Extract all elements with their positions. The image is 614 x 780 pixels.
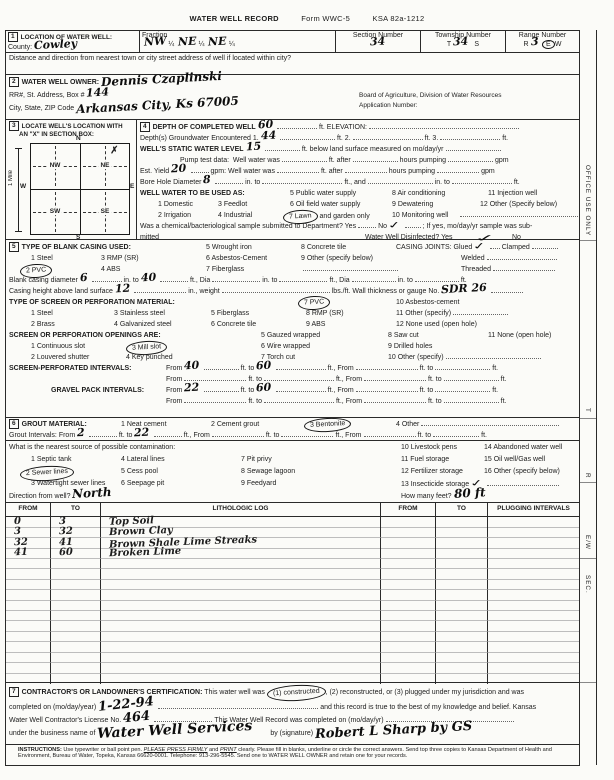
cert-text-1: This water well was (204, 689, 265, 696)
office-tick (580, 482, 596, 483)
plugging-cell (436, 538, 488, 549)
lith-cell-desc (101, 590, 381, 600)
quadrant-se-label: SE (99, 208, 112, 215)
contam-opt-9: 9 Feedyard (241, 478, 276, 490)
fraction-q1: NW (144, 37, 167, 46)
screen-opt-5: 5 Fiberglass (211, 308, 249, 319)
gw2-label: ft. 2. (337, 135, 351, 142)
plugging-cell (488, 632, 579, 642)
yield-label: Est. Yield (140, 168, 169, 175)
form-number: Form WWC-5 (301, 14, 350, 23)
si1-ftto2: ft. to (420, 365, 434, 372)
section-number-cell: Section Number 34 (335, 31, 420, 52)
casing-into-3: in. to (398, 277, 413, 284)
distance-label: Distance and direction from nearest town… (9, 55, 291, 62)
gi1-to-value: 60 (256, 384, 272, 393)
yield-gpm: gpm: (211, 168, 227, 175)
openings-opt-8: 8 Saw cut (388, 330, 419, 341)
cert-title: CONTRACTOR'S OR LANDOWNER'S CERTIFICATIO… (22, 689, 203, 696)
gi2-from: From (166, 398, 182, 405)
use-opt-5: 5 Public water supply (290, 188, 356, 199)
si2-ft: ft. (501, 376, 507, 383)
gi1-from-value: 22 (184, 384, 200, 393)
casing-opt-8: 8 Concrete tile (301, 242, 346, 253)
compass-west: W (20, 183, 26, 190)
screen-opt-8: 8 RMP (SR) (306, 308, 344, 319)
screen-intervals-label: SCREEN-PERFORATED INTERVALS: (9, 365, 132, 372)
screen-opt-4: 4 Galvanized steel (114, 319, 172, 330)
casing-opt-3: 3 RMP (SR) (101, 253, 139, 264)
lith-cell-desc (101, 611, 381, 621)
plug-header-to: TO (436, 503, 488, 516)
contamination-question: What is the nearest source of possible c… (9, 442, 175, 454)
agency-name: Board of Agriculture, Division of Water … (359, 91, 579, 101)
si1-from: From (166, 365, 182, 372)
cert-signature-value: Robert L Sharp by GS (315, 723, 472, 739)
office-use-strip: OFFICE USE ONLY T R E/W SEC. (580, 30, 597, 765)
plugging-cell (488, 611, 579, 621)
lithologic-rows: 03Top Soil332Brown Clay3241Brown Shale L… (6, 517, 579, 684)
casing-lbs-label: lbs./ft. Wall thickness or gauge No. (332, 288, 440, 295)
lith-cell-from (6, 580, 51, 590)
township-cell: Township Number T34 S (420, 31, 505, 52)
contam-opt-1: 1 Septic tank (31, 454, 71, 466)
section7-numbox: 7 (9, 687, 19, 697)
casing-diam-to: 40 (141, 274, 157, 283)
plugging-cell (381, 632, 436, 642)
lith-row: 332Brown Clay (6, 527, 579, 537)
section1-numbox: 1 (8, 32, 18, 42)
lith-cell-from (6, 611, 51, 621)
plug-header-from: FROM (381, 503, 436, 516)
lith-cell-from: 32 (6, 538, 51, 549)
plugging-cell (436, 517, 488, 528)
openings-opt-10: 10 Other (specify) (388, 354, 444, 361)
gw1-value: 44 (261, 132, 277, 141)
sample-no-check: ✓ (386, 220, 403, 232)
plugging-cell (381, 653, 436, 663)
joints-glued-label: CASING JOINTS: Glued (396, 244, 472, 251)
screen-opt-1: 1 Steel (31, 308, 53, 319)
form-title: WATER WELL RECORD (190, 14, 279, 23)
pump-wellwater-label: Well water was (233, 157, 280, 164)
lith-cell-to (51, 611, 101, 621)
lith-cell-from (6, 601, 51, 611)
grout-ftto: ft. to (119, 432, 133, 439)
casing-opt-4: 4 ABS (101, 264, 120, 275)
gi1-from: From (166, 387, 182, 394)
plugging-cell (488, 642, 579, 652)
owner-block: 2WATER WELL OWNER:Dennis Czaplinski RR#,… (6, 75, 359, 119)
screen-opt-9: 9 ABS (306, 319, 325, 330)
section3-title-2: AN "X" IN SECTION BOX: (19, 131, 94, 138)
office-tick (580, 240, 596, 241)
lith-cell-desc (101, 601, 381, 611)
plugging-cell (436, 559, 488, 569)
section1-location: 1LOCATION OF WATER WELL: County:Cowley F… (6, 31, 579, 53)
lith-cell-from: 41 (6, 548, 51, 559)
contam-opt-5: 5 Cess pool (121, 466, 158, 478)
use-opt-12: 12 Other (Specify below) (480, 199, 557, 210)
contam-opt-16: 16 Other (specify below) (484, 466, 560, 478)
instructions-label: INSTRUCTIONS: (18, 747, 62, 753)
bore-into2: in. to (435, 179, 450, 186)
office-r-label: R (584, 473, 591, 479)
lith-cell-from: 3 (6, 527, 51, 538)
range-value: 3 (530, 38, 538, 46)
lith-cell-desc (101, 653, 381, 663)
office-tick (580, 682, 596, 683)
plugging-cell (381, 663, 436, 673)
bore-ft: ft. (514, 179, 520, 186)
plugging-cell (488, 663, 579, 673)
water-well-record-scan: WATER WELL RECORD Form WWC-5 KSA 82a-121… (0, 0, 614, 780)
plugging-cell (381, 527, 436, 538)
office-use-only-label: OFFICE USE ONLY (584, 165, 591, 236)
casing-diam-label: Blank casing diameter (9, 277, 78, 284)
use-opt-10: 10 Monitoring well (392, 210, 448, 221)
township-s: S (474, 41, 479, 48)
grout-from-value: 2 (77, 429, 85, 437)
screen-opt-3: 3 Stainless steel (114, 308, 165, 319)
sample-question: Was a chemical/bacteriological sample su… (140, 223, 356, 230)
plugging-cell (381, 611, 436, 621)
openings-opt-1: 1 Continuous slot (31, 341, 85, 352)
casing-ftdia-1: ft., Dia (190, 277, 210, 284)
gi1-ftfrom: ft., From (328, 387, 354, 394)
owner-title: WATER WELL OWNER: (22, 79, 100, 86)
grout-ftfrom2: ft., From (335, 432, 361, 439)
section2-numbox: 2 (9, 77, 19, 87)
lith-row (6, 632, 579, 642)
lith-value-from: 41 (14, 548, 28, 558)
gi1-ft: ft. (492, 387, 498, 394)
office-tick (580, 418, 596, 419)
lith-cell-to (51, 569, 101, 579)
yield-wellwater-label: Well water was (228, 168, 275, 175)
lith-row: 3241Brown Shale Lime Streaks (6, 538, 579, 548)
plugging-cell (381, 642, 436, 652)
lith-cell-desc (101, 559, 381, 569)
plugging-cell (436, 653, 488, 663)
lith-cell-from (6, 559, 51, 569)
contam-opt-8: 8 Sewage lagoon (241, 466, 295, 478)
plugging-cell (436, 621, 488, 631)
contam-opt-14: 14 Abandoned water well (484, 442, 562, 454)
owner-address-value: 144 (86, 88, 109, 97)
openings-opt-4: 4 Key punched (126, 352, 173, 363)
county-cell: 1LOCATION OF WATER WELL: County:Cowley (6, 31, 139, 52)
section7-certification: 7CONTRACTOR'S OR LANDOWNER'S CERTIFICATI… (6, 683, 579, 745)
quadrant-sw: SW (31, 190, 79, 234)
gi2-ftfrom: ft., From (336, 398, 362, 405)
groundwater-label: Depth(s) Groundwater Encountered (140, 135, 251, 142)
openings-opt-2: 2 Louvered shutter (31, 352, 89, 363)
grout-ftto3: ft. to (418, 432, 432, 439)
owner-name: Dennis Czaplinski (101, 72, 222, 86)
yield-ftafter: ft. after (321, 168, 343, 175)
casing-opt-7: 7 Fiberglass (206, 264, 244, 275)
bore-ftand: ft., and (344, 179, 365, 186)
contamination-block: What is the nearest source of possible c… (6, 441, 579, 503)
lith-cell-desc (101, 663, 381, 673)
plugging-cell (381, 559, 436, 569)
plugging-cell (381, 569, 436, 579)
joints-glued-check: ✓ (472, 241, 489, 253)
owner-address-label: RR#, St. Address, Box # (9, 92, 84, 99)
plugging-cell (381, 601, 436, 611)
compass-north: N (76, 135, 81, 142)
contam-opt-15: 15 Oil well/Gas well (484, 454, 545, 466)
casing-opt-1: 1 Steel (31, 253, 53, 264)
cert-constructed-circled: (1) constructed (267, 683, 326, 702)
contam-opt-6: 6 Seepage pit (121, 478, 164, 490)
gi1-ftto: ft. to (241, 387, 255, 394)
grout-ft: ft. (481, 432, 487, 439)
lith-cell-from (6, 642, 51, 652)
gi2-ft: ft. (501, 398, 507, 405)
section2-owner: 2WATER WELL OWNER:Dennis Czaplinski RR#,… (6, 75, 579, 120)
quadrant-nw: NW (31, 144, 79, 188)
feet-value: 80 ft (453, 488, 485, 498)
distance-row: Distance and direction from nearest town… (6, 53, 579, 75)
office-ew-label: E/W (584, 535, 591, 550)
grout-ftto2: ft. to (266, 432, 280, 439)
plugging-cell (488, 548, 579, 559)
owner-city-label: City, State, ZIP Code (9, 105, 74, 112)
section3-location-box: 3LOCATE WELL'S LOCATION WITHAN "X" IN SE… (6, 120, 136, 239)
cert-signature-label: by (signature) (270, 730, 313, 737)
depth-label: DEPTH OF COMPLETED WELL (153, 124, 256, 131)
use-opt-2: 2 Irrigation (158, 210, 191, 221)
lith-header-from: FROM (6, 503, 51, 516)
fraction-q2: NE (178, 38, 197, 47)
openings-opt-11: 11 None (open hole) (488, 330, 551, 341)
lith-cell-to (51, 580, 101, 590)
static-level-label: WELL'S STATIC WATER LEVEL (140, 146, 244, 153)
plugging-cell (436, 611, 488, 621)
lith-cell-from (6, 663, 51, 673)
plugging-cell (381, 590, 436, 600)
use-opt-1: 1 Domestic (158, 199, 193, 210)
lith-value-to: 60 (59, 548, 73, 558)
cert-business-value: Water Well Services (97, 722, 253, 738)
gw3-label: ft. 3. (425, 135, 439, 142)
pump-gpm: gpm (495, 157, 509, 164)
si2-ftto2: ft. to (428, 376, 442, 383)
instructions-print: PRINT (220, 747, 237, 753)
si1-to-value: 60 (256, 362, 272, 371)
contam-opt-7: 7 Pit privy (241, 454, 272, 466)
plugging-cell (488, 538, 579, 549)
instructions-block: INSTRUCTIONS: Use typewriter or ball poi… (6, 745, 579, 765)
office-sec-label: SEC. (584, 575, 591, 594)
si1-ft: ft. (492, 365, 498, 372)
plugging-cell (488, 580, 579, 590)
casing-inweight: in., weight (188, 288, 220, 295)
range-r: R (524, 41, 529, 48)
screen-opt-10: 10 Asbestos-cement (396, 297, 459, 308)
lith-cell-desc (101, 569, 381, 579)
use-opt-8: 8 Air conditioning (392, 188, 445, 199)
grout-intervals-label: Grout Intervals: (9, 432, 57, 439)
gi1-ftto2: ft. to (420, 387, 434, 394)
lith-cell-from (6, 653, 51, 663)
section4-numbox: 4 (140, 122, 150, 132)
sample-question-2: ; If yes, mo/day/yr sample was sub- (423, 223, 533, 230)
plugging-cell (436, 663, 488, 673)
screen-title: TYPE OF SCREEN OR PERFORATION MATERIAL: (9, 299, 175, 306)
cert-text-3: and this record is true to the best of m… (320, 704, 536, 711)
quadrant-sw-label: SW (48, 208, 62, 215)
lith-row (6, 663, 579, 673)
lith-cell-to (51, 632, 101, 642)
township-value: 34 (453, 38, 469, 47)
plugging-cell (436, 632, 488, 642)
lith-row (6, 601, 579, 611)
casing-height-label: Casing height above land surface (9, 288, 113, 295)
lith-cell-from (6, 632, 51, 642)
plugging-cell (488, 569, 579, 579)
county-label: County: (8, 44, 32, 51)
casing-opt-6: 6 Asbestos-Cement (206, 253, 267, 264)
contam-opt-11: 11 Fuel storage (401, 454, 449, 466)
use-opt-6: 6 Oil field water supply (290, 199, 360, 210)
grout-ftfrom: ft., From (184, 432, 210, 439)
plugging-cell (488, 653, 579, 663)
openings-title: SCREEN OR PERFORATION OPENINGS ARE: (9, 332, 161, 339)
lith-row (6, 621, 579, 631)
use-opt-11: 11 Injection well (488, 188, 537, 199)
agency-block: Board of Agriculture, Division of Water … (359, 75, 579, 119)
form-header: WATER WELL RECORD Form WWC-5 KSA 82a-121… (0, 14, 614, 23)
contam-opt-10: 10 Livestock pens (401, 442, 457, 454)
joints-clamped-label: Clamped (502, 244, 530, 251)
lith-row: 4160Broken Lime (6, 548, 579, 558)
office-tick (580, 558, 596, 559)
lith-row (6, 590, 579, 600)
use-opt-4: 4 Industrial (218, 210, 252, 221)
feet-label: How many feet? (401, 493, 452, 500)
section3-title-1: LOCATE WELL'S LOCATION WITH (22, 123, 123, 130)
plug-header-title: PLUGGING INTERVALS (488, 503, 579, 516)
cert-business-label: under the business name of (9, 730, 95, 737)
lith-cell-to (51, 590, 101, 600)
plugging-cell (488, 559, 579, 569)
screen-opt-2: 2 Brass (31, 319, 55, 330)
lith-cell-desc (101, 632, 381, 642)
section5-casing: 5TYPE OF BLANK CASING USED:5 Wrought iro… (6, 240, 579, 418)
section3-4-row: 3LOCATE WELL'S LOCATION WITHAN "X" IN SE… (6, 120, 579, 240)
plugging-cell (436, 569, 488, 579)
si1-ftto: ft. to (241, 365, 255, 372)
lith-cell-to (51, 559, 101, 569)
lith-cell-desc: Broken Lime (101, 548, 381, 559)
section-number-value: 34 (370, 38, 386, 47)
office-t-label: T (584, 408, 591, 413)
plugging-cell (488, 527, 579, 538)
pump-ftafter: ft. after (329, 157, 351, 164)
section5-numbox: 5 (9, 242, 19, 252)
lith-cell-desc (101, 642, 381, 652)
compass-east: E (130, 183, 134, 190)
casing-into-2: in. to (262, 277, 277, 284)
use-opt-9: 9 Dewatering (392, 199, 433, 210)
openings-opt-6: 6 Wire wrapped (261, 341, 310, 352)
lith-cell-to (51, 621, 101, 631)
casing-diam-value: 6 (80, 274, 88, 282)
plugging-cell (488, 517, 579, 528)
grout-to-value: 22 (134, 429, 150, 438)
quarter-1: ¼ (168, 41, 174, 48)
lith-cell-desc (101, 580, 381, 590)
mile-scale-line (18, 148, 19, 232)
section6-numbox: 6 (9, 419, 19, 429)
fraction-q3: NE (208, 38, 227, 47)
si1-ftfrom: ft., From (328, 365, 354, 372)
mile-scale-label: 1 Mile (8, 168, 14, 188)
bore-label: Bore Hole Diameter (140, 179, 201, 186)
gw-ft: ft. (502, 135, 508, 142)
pump-hours: hours pumping (400, 157, 446, 164)
application-number-label: Application Number: (359, 101, 579, 111)
plugging-cell (488, 621, 579, 631)
lith-cell-to (51, 653, 101, 663)
quarter-3: ¼ (229, 41, 235, 48)
fraction-label: Fraction (142, 32, 333, 39)
instructions-press-firmly: PLEASE PRESS FIRMLY (144, 747, 208, 753)
plugging-cell (381, 517, 436, 528)
static-tail: ft. below land surface measured on mo/da… (302, 146, 444, 153)
openings-opt-9: 9 Drilled holes (388, 341, 432, 352)
plugging-cell (436, 580, 488, 590)
contam-opt-4: 4 Lateral lines (121, 454, 165, 466)
cert-completed-label: completed on (mo/day/year) (9, 704, 96, 711)
bore-into: in. to (245, 179, 260, 186)
si2-ftfrom: ft., From (336, 376, 362, 383)
plugging-cell (488, 601, 579, 611)
elevation-label: ft. ELEVATION: (319, 124, 367, 131)
lith-row (6, 653, 579, 663)
yield-hours: hours pumping (389, 168, 435, 175)
plugging-cell (488, 590, 579, 600)
well-location-mark: ✗ (109, 145, 118, 156)
cert-text-2: , (2) reconstructed, or (3) plugged unde… (326, 689, 524, 696)
gi2-ftto: ft. to (248, 398, 262, 405)
plugging-cell (436, 642, 488, 652)
plugging-cell (436, 527, 488, 538)
lith-cell-desc (101, 621, 381, 631)
section4-well-data: 4DEPTH OF COMPLETED WELL60ft. ELEVATION:… (136, 120, 579, 239)
lith-value-desc: Broken Lime (109, 547, 182, 560)
quadrant-ne-label: NE (98, 162, 111, 169)
plugging-cell (436, 548, 488, 559)
instructions-and: and (209, 747, 218, 753)
lith-cell-from (6, 569, 51, 579)
lith-row (6, 580, 579, 590)
grout-opt-2: 2 Cement grout (211, 419, 259, 430)
county-value: Cowley (34, 40, 78, 50)
pump-test-label: Pump test data: (180, 157, 229, 164)
lith-cell-to (51, 663, 101, 673)
lith-row (6, 642, 579, 652)
plugging-cell (436, 601, 488, 611)
screen-opt-12: 12 None used (open hole) (396, 319, 477, 330)
use-opt-7-tail: and garden only (320, 213, 370, 220)
lith-row (6, 559, 579, 569)
use-opt-3: 3 Feedlot (218, 199, 247, 210)
quadrant-ne: NE (81, 144, 129, 188)
